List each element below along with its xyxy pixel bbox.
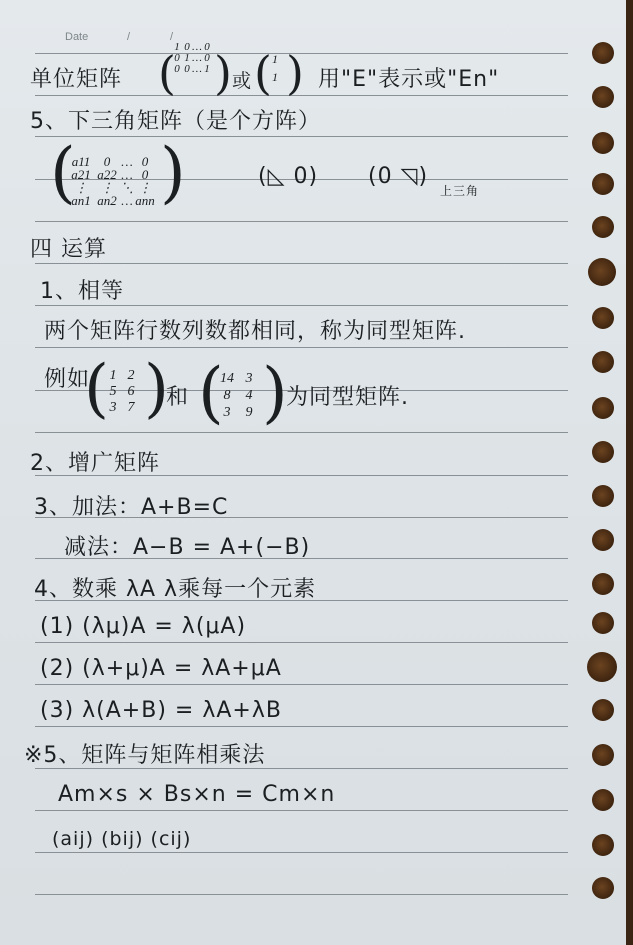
matrix-multiplication-heading: ※5、矩阵与矩阵相乘法 — [24, 738, 265, 769]
equal-heading: 1、相等 — [40, 274, 124, 305]
example-matrix-a: 12 56 37 — [104, 368, 140, 416]
date-separator: / — [127, 31, 130, 43]
binder-hole — [588, 258, 616, 286]
scalar-rule-1: (1) (λμ)A = λ(μA) — [40, 614, 246, 639]
binder-hole — [592, 351, 614, 373]
binder-hole — [592, 612, 614, 634]
matrix-entries: (aij) (bij) (cij) — [52, 828, 191, 850]
matrix-bracket-right: ) — [262, 354, 288, 431]
matrix-multiplication-formula: Am×s × Bs×n = Cm×n — [58, 782, 335, 807]
binder-hole — [592, 132, 614, 154]
lower-triangle-shape: (◺ 0) — [258, 164, 318, 189]
identity-notation: 用"E"表示或"En" — [318, 62, 499, 93]
lower-triangular-heading: 5、下三角矩阵（是个方阵） — [30, 104, 321, 135]
upper-triangle-shape: (0 ◹) — [368, 164, 428, 189]
binder-hole — [592, 397, 614, 419]
binder-hole — [592, 441, 614, 463]
identity-matrix: 10…0 01…0 00…1 — [172, 42, 212, 75]
augmented-matrix-heading: 2、增广矩阵 — [30, 446, 160, 477]
binder-hole — [592, 877, 614, 899]
upper-triangle-label: 上三角 — [440, 182, 479, 199]
date-label: Date — [65, 31, 88, 43]
identity-title: 单位矩阵 — [30, 62, 122, 93]
notebook-page: Date / / 单位矩阵 ( 10…0 01…0 00…1 ) 或 ( 11 — [0, 0, 626, 945]
scalar-rule-3: (3) λ(A+B) = λA+λB — [40, 698, 282, 723]
binder-hole — [592, 86, 614, 108]
matrix-bracket-right: ) — [214, 46, 232, 100]
binder-hole — [592, 834, 614, 856]
binder-hole — [592, 529, 614, 551]
matrix-bracket-right: ) — [286, 46, 304, 100]
example-matrix-b: 143 84 39 — [216, 370, 260, 421]
and-text: 和 — [166, 380, 189, 411]
subtraction-rule: 减法：A−B = A+(−B) — [64, 530, 310, 561]
binder-hole — [592, 744, 614, 766]
binder-hole — [592, 485, 614, 507]
binder-hole — [592, 42, 614, 64]
binder-hole — [592, 573, 614, 595]
binder-hole — [592, 173, 614, 195]
addition-rule: 3、加法：A+B=C — [34, 490, 228, 521]
binder-hole — [592, 789, 614, 811]
same-type-definition: 两个矩阵行数列数都相同，称为同型矩阵. — [44, 314, 466, 345]
scalar-multiplication-heading: 4、数乘 λA λ乘每一个元素 — [34, 572, 316, 603]
lower-triangular-matrix: a110…0 a21a22…0 ⋮⋮⋱⋮ an1an2…ann — [68, 155, 156, 207]
binder-hole — [592, 307, 614, 329]
operations-heading: 四 运算 — [30, 232, 107, 263]
scalar-rule-2: (2) (λ+μ)A = λA+μA — [40, 656, 282, 681]
diagonal-ones: 11 — [270, 50, 280, 86]
matrix-bracket-right: ) — [160, 134, 186, 211]
binder-hole — [592, 699, 614, 721]
or-text: 或 — [232, 66, 252, 93]
binder-hole — [587, 652, 617, 682]
binder-hole — [592, 216, 614, 238]
example-suffix: 为同型矩阵. — [286, 380, 409, 411]
binder-edge — [626, 0, 633, 945]
